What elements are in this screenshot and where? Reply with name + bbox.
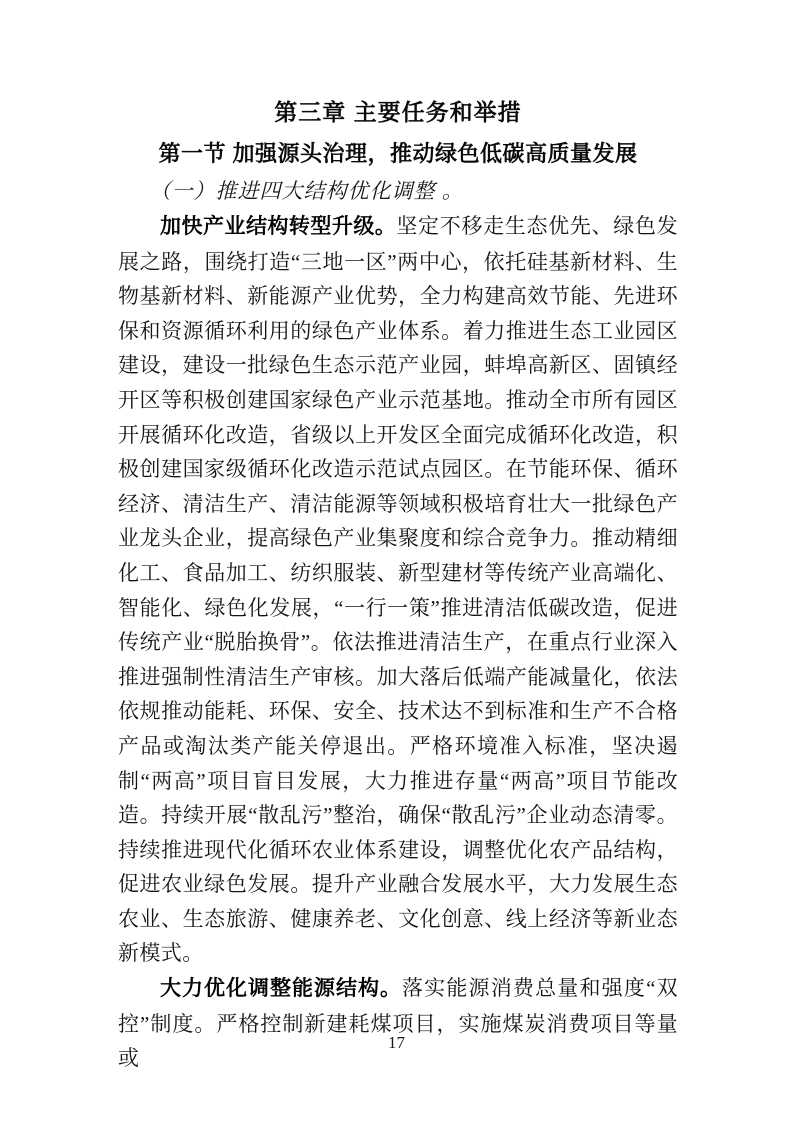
document-page: 第三章 主要任务和举措 第一节 加强源头治理，推动绿色低碳高质量发展 （一）推进… bbox=[0, 0, 793, 1122]
chapter-title: 第三章 主要任务和举措 bbox=[118, 94, 678, 130]
page-number: 17 bbox=[0, 1033, 793, 1053]
paragraph-text: 坚定不移走生态优先、绿色发展之路，围绕打造“三地一区”两中心，依托硅基新材料、生… bbox=[118, 214, 678, 965]
paragraph-lead: 加快产业结构转型升级。 bbox=[160, 215, 396, 238]
section-title: 第一节 加强源头治理，推动绿色低碳高质量发展 bbox=[118, 136, 678, 172]
text-block: 第三章 主要任务和举措 第一节 加强源头治理，推动绿色低碳高质量发展 （一）推进… bbox=[118, 94, 678, 1076]
subsection-heading: （一）推进四大结构优化调整 。 bbox=[118, 174, 678, 209]
paragraph-lead: 大力优化调整能源结构。 bbox=[160, 977, 402, 1000]
paragraph: 大力优化调整能源结构。落实能源消费总量和强度“双控”制度。严格控制新建耗煤项目，… bbox=[118, 971, 678, 1076]
paragraph: 加快产业结构转型升级。坚定不移走生态优先、绿色发展之路，围绕打造“三地一区”两中… bbox=[118, 209, 678, 971]
